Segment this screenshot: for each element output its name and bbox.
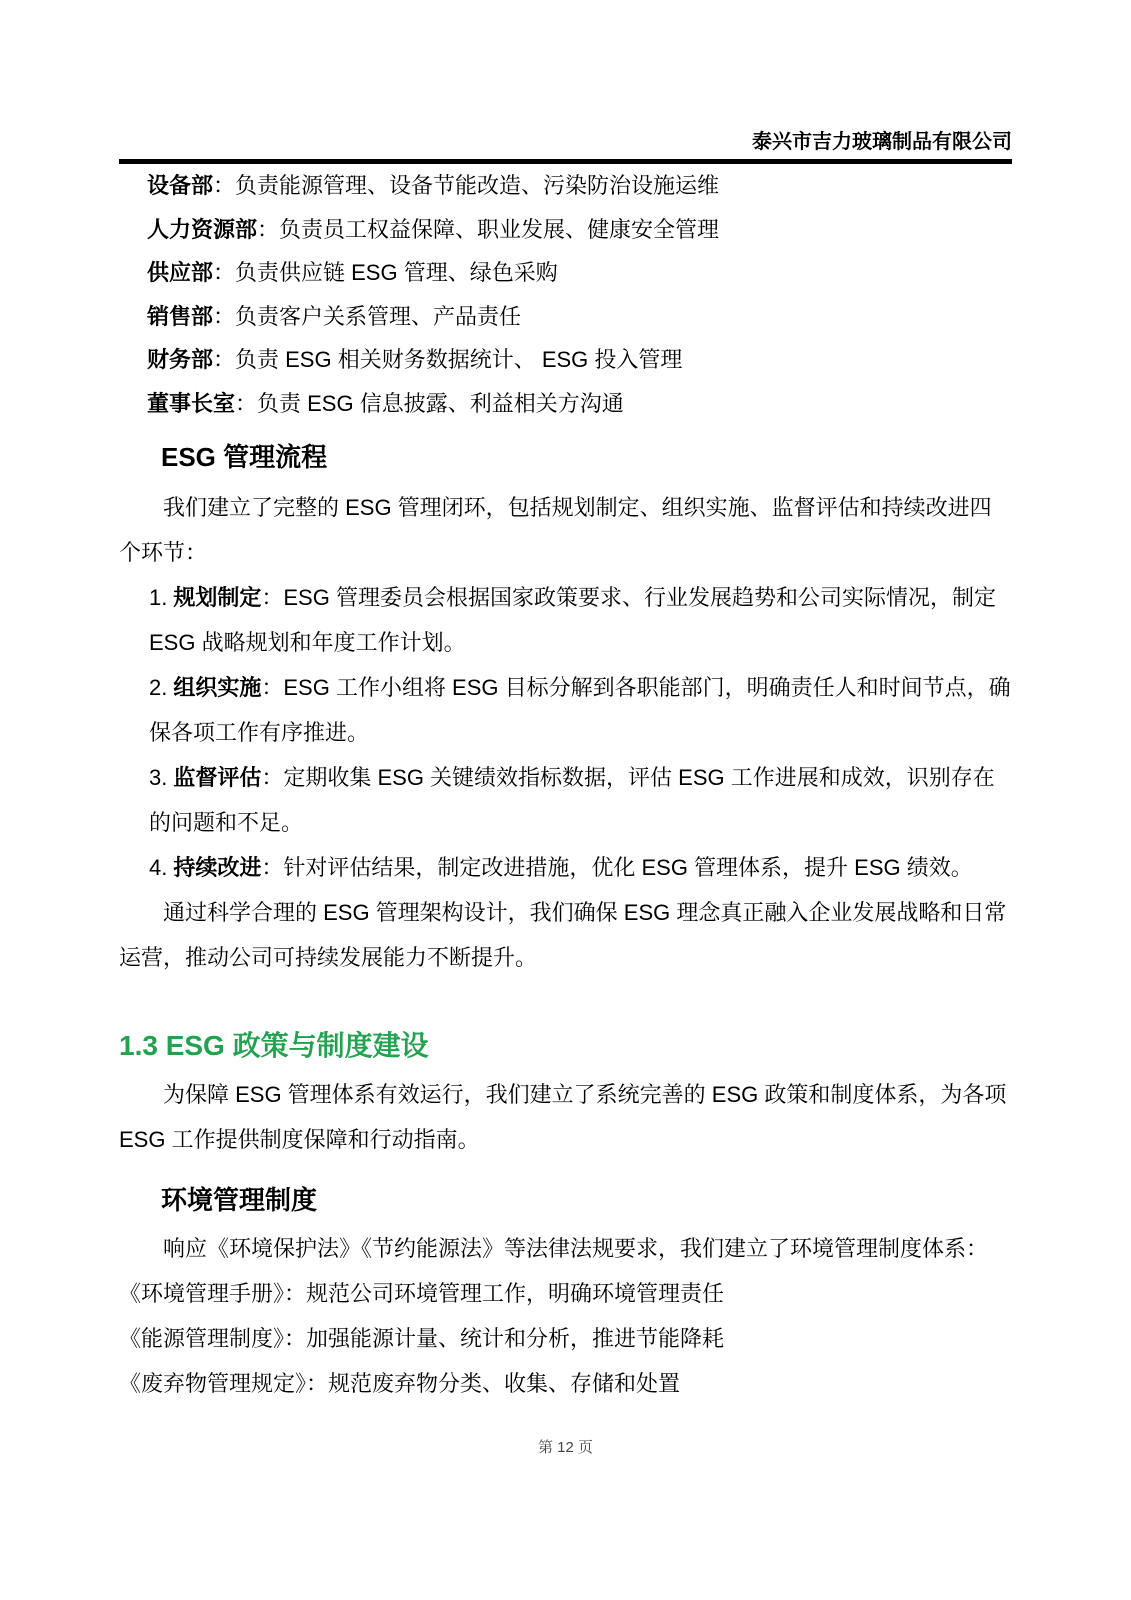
- page-number: 第 12 页: [538, 1439, 593, 1456]
- step-number: 4.: [149, 855, 167, 880]
- policy-desc: ：加强能源计量、统计和分析，推进节能降耗: [284, 1326, 724, 1351]
- policy-desc: ：规范废弃物分类、收集、存储和处置: [306, 1371, 680, 1396]
- department-desc: ：负责员工权益保障、职业发展、健康安全管理: [257, 217, 719, 242]
- policy-title: 《环境管理手册》: [119, 1281, 284, 1306]
- esg-process-step: 2.组织实施：ESG 工作小组将 ESG 目标分解到各职能部门，明确责任人和时间…: [119, 665, 1012, 755]
- esg-process-step: 3.监督评估：定期收集 ESG 关键绩效指标数据，评估 ESG 工作进展和成效，…: [119, 755, 1012, 845]
- step-desc: ：ESG 工作小组将 ESG 目标分解到各职能部门，明确责任人和时间节点，确保各…: [149, 675, 1011, 745]
- env-policy-list: 《环境管理手册》：规范公司环境管理工作，明确环境管理责任 《能源管理制度》：加强…: [119, 1271, 1012, 1406]
- department-item: 董事长室：负责 ESG 信息披露、利益相关方沟通: [119, 382, 1012, 426]
- page-header: 泰兴市吉力玻璃制品有限公司: [0, 0, 1131, 164]
- esg-process-step: 1.规划制定：ESG 管理委员会根据国家政策要求、行业发展趋势和公司实际情况，制…: [119, 575, 1012, 665]
- department-label: 董事长室: [147, 391, 235, 416]
- document-page: 泰兴市吉力玻璃制品有限公司 设备部：负责能源管理、设备节能改造、污染防治设施运维…: [0, 0, 1131, 1600]
- step-number: 3.: [149, 765, 167, 790]
- step-number: 1.: [149, 585, 167, 610]
- department-list: 设备部：负责能源管理、设备节能改造、污染防治设施运维 人力资源部：负责员工权益保…: [119, 164, 1012, 425]
- esg-process-step: 4.持续改进：针对评估结果，制定改进措施，优化 ESG 管理体系，提升 ESG …: [119, 845, 1012, 890]
- department-item: 销售部：负责客户关系管理、产品责任: [119, 295, 1012, 339]
- esg-process-closing: 通过科学合理的 ESG 管理架构设计，我们确保 ESG 理念真正融入企业发展战略…: [119, 890, 1012, 980]
- department-label: 销售部: [147, 304, 213, 329]
- page-content: 设备部：负责能源管理、设备节能改造、污染防治设施运维 人力资源部：负责员工权益保…: [0, 164, 1131, 1406]
- env-system-intro: 响应《环境保护法》《节约能源法》等法律法规要求，我们建立了环境管理制度体系：: [119, 1226, 1012, 1271]
- department-item: 财务部：负责 ESG 相关财务数据统计、 ESG 投入管理: [119, 338, 1012, 382]
- section-heading-1-3: 1.3 ESG 政策与制度建设: [119, 1028, 1012, 1064]
- department-label: 设备部: [147, 173, 213, 198]
- header-company-name: 泰兴市吉力玻璃制品有限公司: [119, 130, 1012, 155]
- policy-item: 《环境管理手册》：规范公司环境管理工作，明确环境管理责任: [119, 1271, 1012, 1316]
- department-desc: ：负责客户关系管理、产品责任: [213, 304, 521, 329]
- policy-desc: ：规范公司环境管理工作，明确环境管理责任: [284, 1281, 724, 1306]
- policy-section-intro: 为保障 ESG 管理体系有效运行，我们建立了系统完善的 ESG 政策和制度体系，…: [119, 1072, 1012, 1162]
- step-desc: ：定期收集 ESG 关键绩效指标数据，评估 ESG 工作进展和成效，识别存在的问…: [149, 765, 995, 835]
- esg-process-intro: 我们建立了完整的 ESG 管理闭环，包括规划制定、组织实施、监督评估和持续改进四…: [119, 485, 1012, 575]
- esg-process-steps: 1.规划制定：ESG 管理委员会根据国家政策要求、行业发展趋势和公司实际情况，制…: [119, 575, 1012, 890]
- policy-item: 《废弃物管理规定》：规范废弃物分类、收集、存储和处置: [119, 1361, 1012, 1406]
- department-label: 人力资源部: [147, 217, 257, 242]
- department-item: 人力资源部：负责员工权益保障、职业发展、健康安全管理: [119, 208, 1012, 252]
- step-number: 2.: [149, 675, 167, 700]
- subsection-heading-env-system: 环境管理制度: [119, 1184, 1012, 1216]
- department-label: 财务部: [147, 347, 213, 372]
- department-desc: ：负责 ESG 相关财务数据统计、 ESG 投入管理: [213, 347, 682, 372]
- department-desc: ：负责供应链 ESG 管理、绿色采购: [213, 260, 558, 285]
- policy-item: 《能源管理制度》：加强能源计量、统计和分析，推进节能降耗: [119, 1316, 1012, 1361]
- section-heading-esg-process: ESG 管理流程: [119, 441, 1012, 473]
- policy-title: 《能源管理制度》: [119, 1326, 284, 1351]
- step-term: 持续改进: [173, 855, 261, 880]
- step-term: 监督评估: [173, 765, 261, 790]
- department-item: 设备部：负责能源管理、设备节能改造、污染防治设施运维: [119, 164, 1012, 208]
- department-desc: ：负责能源管理、设备节能改造、污染防治设施运维: [213, 173, 719, 198]
- policy-title: 《废弃物管理规定》: [119, 1371, 306, 1396]
- step-desc: ：ESG 管理委员会根据国家政策要求、行业发展趋势和公司实际情况，制定 ESG …: [149, 585, 996, 655]
- step-term: 组织实施: [173, 675, 261, 700]
- step-term: 规划制定: [173, 585, 261, 610]
- department-label: 供应部: [147, 260, 213, 285]
- page-footer: 第 12 页: [0, 1438, 1131, 1458]
- department-desc: ：负责 ESG 信息披露、利益相关方沟通: [235, 391, 624, 416]
- department-item: 供应部：负责供应链 ESG 管理、绿色采购: [119, 251, 1012, 295]
- step-desc: ：针对评估结果，制定改进措施，优化 ESG 管理体系，提升 ESG 绩效。: [261, 855, 972, 880]
